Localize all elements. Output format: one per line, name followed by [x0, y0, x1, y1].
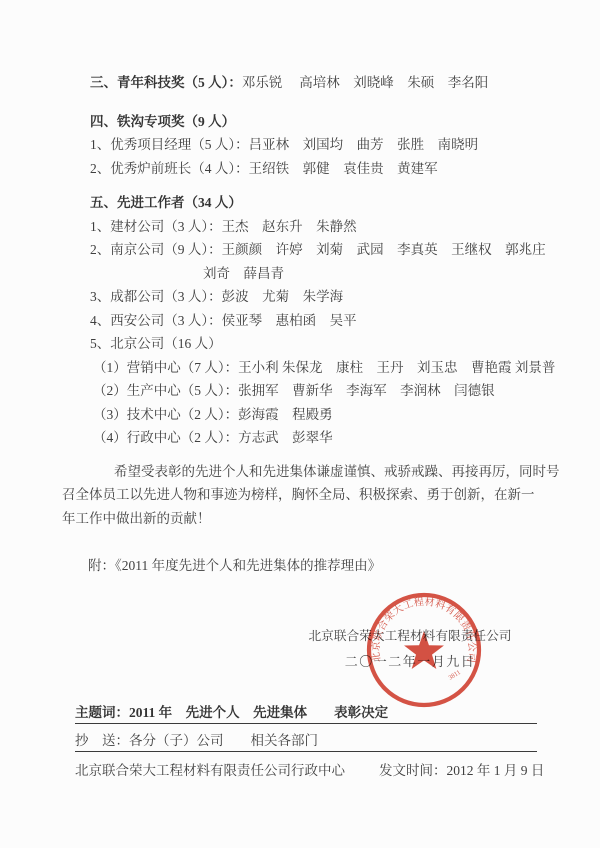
- award-line-names: 王绍铁 郭健 袁佳贵 黄建军: [249, 161, 438, 176]
- award-item-line: 1、优秀项目经理（5 人）：吕亚林 刘国均 曲芳 张胜 南晓明: [90, 133, 542, 157]
- award-item-line: 4、西安公司（3 人）：侯亚琴 惠柏函 吴平: [90, 309, 542, 333]
- award-line-names: 方志武 彭翠华: [238, 430, 333, 445]
- award-item-line: 3、成都公司（3 人）：彭波 尤菊 朱学海: [90, 285, 542, 309]
- award-list: 三、青年科技奖（5 人）：邓乐锐 高培林 刘晓峰 朱硕 李名阳四、铁沟专项奖（9…: [90, 71, 542, 450]
- issue-time-value: 2012 年 1 月 9 日: [447, 763, 545, 778]
- award-item-line: （1）营销中心（7 人）：王小利 朱保龙 康柱 王丹 刘玉忠 曹艳霞 刘景普: [90, 356, 542, 380]
- award-item-line: （4）行政中心（2 人）：方志武 彭翠华: [90, 426, 542, 450]
- award-line-label: 3、成都公司（3 人）：: [90, 289, 222, 304]
- document-page: 三、青年科技奖（5 人）：邓乐锐 高培林 刘晓峰 朱硕 李名阳四、铁沟专项奖（9…: [0, 0, 600, 848]
- award-line-label: 五、先进工作者（34 人）: [90, 195, 242, 210]
- award-line-names: 吕亚林 刘国均 曲芳 张胜 南晓明: [249, 137, 479, 152]
- award-item-line: 2、优秀炉前班长（4 人）：王绍铁 郭健 袁佳贵 黄建军: [90, 157, 542, 181]
- seal-code: 3811: [447, 669, 462, 682]
- seal-star-icon: [404, 631, 444, 669]
- award-line-names: 王颜颜 许婷 刘菊 武园 李真英 王继权 郭兆庄: [222, 242, 546, 257]
- award-item-line: 5、北京公司（16 人）: [90, 332, 542, 356]
- award-line-label: （1）营销中心（7 人）：: [93, 360, 238, 375]
- award-item-line: 1、建材公司（3 人）：王杰 赵东升 朱静然: [90, 215, 542, 239]
- award-line-label: 三、青年科技奖（5 人）：: [90, 75, 242, 90]
- award-item-line: （2）生产中心（5 人）：张拥军 曹新华 李海军 李润林 闫德银: [90, 379, 542, 403]
- award-line-names: 侯亚琴 惠柏函 吴平: [222, 313, 357, 328]
- issuer-name: 北京联合荣大工程材料有限责任公司行政中心: [75, 763, 345, 778]
- award-line-names: 张拥军 曹新华 李海军 李润林 闫德银: [238, 383, 495, 398]
- award-line-label: 5、北京公司（16 人）: [90, 336, 222, 351]
- award-line-names: 邓乐锐 高培林 刘晓峰 朱硕 李名阳: [242, 75, 488, 90]
- issue-time-label: 发文时间：: [379, 763, 447, 778]
- award-line-label: 2、南京公司（9 人）：: [90, 242, 222, 257]
- award-line-names: 王杰 赵东升 朱静然: [222, 219, 357, 234]
- award-line-label: （4）行政中心（2 人）：: [93, 430, 238, 445]
- award-item-line: （3）技术中心（2 人）：彭海霞 程殿勇: [90, 403, 542, 427]
- official-seal-stamp: 北京联合荣大工程材料有限责任公司 3811: [362, 588, 486, 712]
- closing-paragraph-line: 年工作中做出新的贡献！: [62, 507, 538, 530]
- award-heading-line: 四、铁沟专项奖（9 人）: [90, 110, 542, 134]
- cc-value: 各分（子）公司 相关各部门: [129, 733, 318, 748]
- award-line-names: 王小利 朱保龙 康柱 王丹 刘玉忠 曹艳霞 刘景普: [238, 360, 555, 375]
- award-line-label: （2）生产中心（5 人）：: [93, 383, 238, 398]
- award-line-names: 彭海霞 程殿勇: [238, 407, 333, 422]
- award-line-label: （3）技术中心（2 人）：: [93, 407, 238, 422]
- closing-paragraph: 希望受表彰的先进个人和先进集体谦虚谨慎、戒骄戒躁、再接再厉，同时号召全体员工以先…: [62, 460, 538, 530]
- subject-row: 主题词：2011 年 先进个人 先进集体 表彰决定: [75, 701, 537, 724]
- issuer-row: 北京联合荣大工程材料有限责任公司行政中心发文时间：2012 年 1 月 9 日: [75, 752, 537, 781]
- award-line-label: 四、铁沟专项奖（9 人）: [90, 114, 235, 129]
- subject-label: 主题词：: [75, 705, 129, 720]
- award-line-label: 1、建材公司（3 人）：: [90, 219, 222, 234]
- cc-label: 抄 送：: [75, 733, 129, 748]
- award-line-names: 彭波 尤菊 朱学海: [222, 289, 344, 304]
- subject-value: 2011 年 先进个人 先进集体 表彰决定: [129, 705, 388, 720]
- award-item-line: 2、南京公司（9 人）：王颜颜 许婷 刘菊 武园 李真英 王继权 郭兆庄: [90, 238, 542, 262]
- closing-paragraph-line: 希望受表彰的先进个人和先进集体谦虚谨慎、戒骄戒躁、再接再厉，同时号: [62, 460, 538, 483]
- award-line-label: 1、优秀项目经理（5 人）：: [90, 137, 249, 152]
- attachment-note: 附：《2011 年度先进个人和先进集体的推荐理由》: [88, 554, 381, 577]
- document-footer: 主题词：2011 年 先进个人 先进集体 表彰决定 抄 送：各分（子）公司 相关…: [75, 701, 537, 781]
- cc-row: 抄 送：各分（子）公司 相关各部门: [75, 724, 537, 752]
- award-line-label: 2、优秀炉前班长（4 人）：: [90, 161, 249, 176]
- award-line-names: 刘奇 薛昌青: [203, 266, 284, 281]
- closing-paragraph-line: 召全体员工以先进人物和事迹为榜样，胸怀全局、积极探索、勇于创新，在新一: [62, 483, 538, 506]
- award-line-label: 4、西安公司（3 人）：: [90, 313, 222, 328]
- award-heading-line: 五、先进工作者（34 人）: [90, 191, 542, 215]
- award-item-line: 刘奇 薛昌青: [90, 262, 542, 286]
- award-heading-line: 三、青年科技奖（5 人）：邓乐锐 高培林 刘晓峰 朱硕 李名阳: [90, 71, 542, 95]
